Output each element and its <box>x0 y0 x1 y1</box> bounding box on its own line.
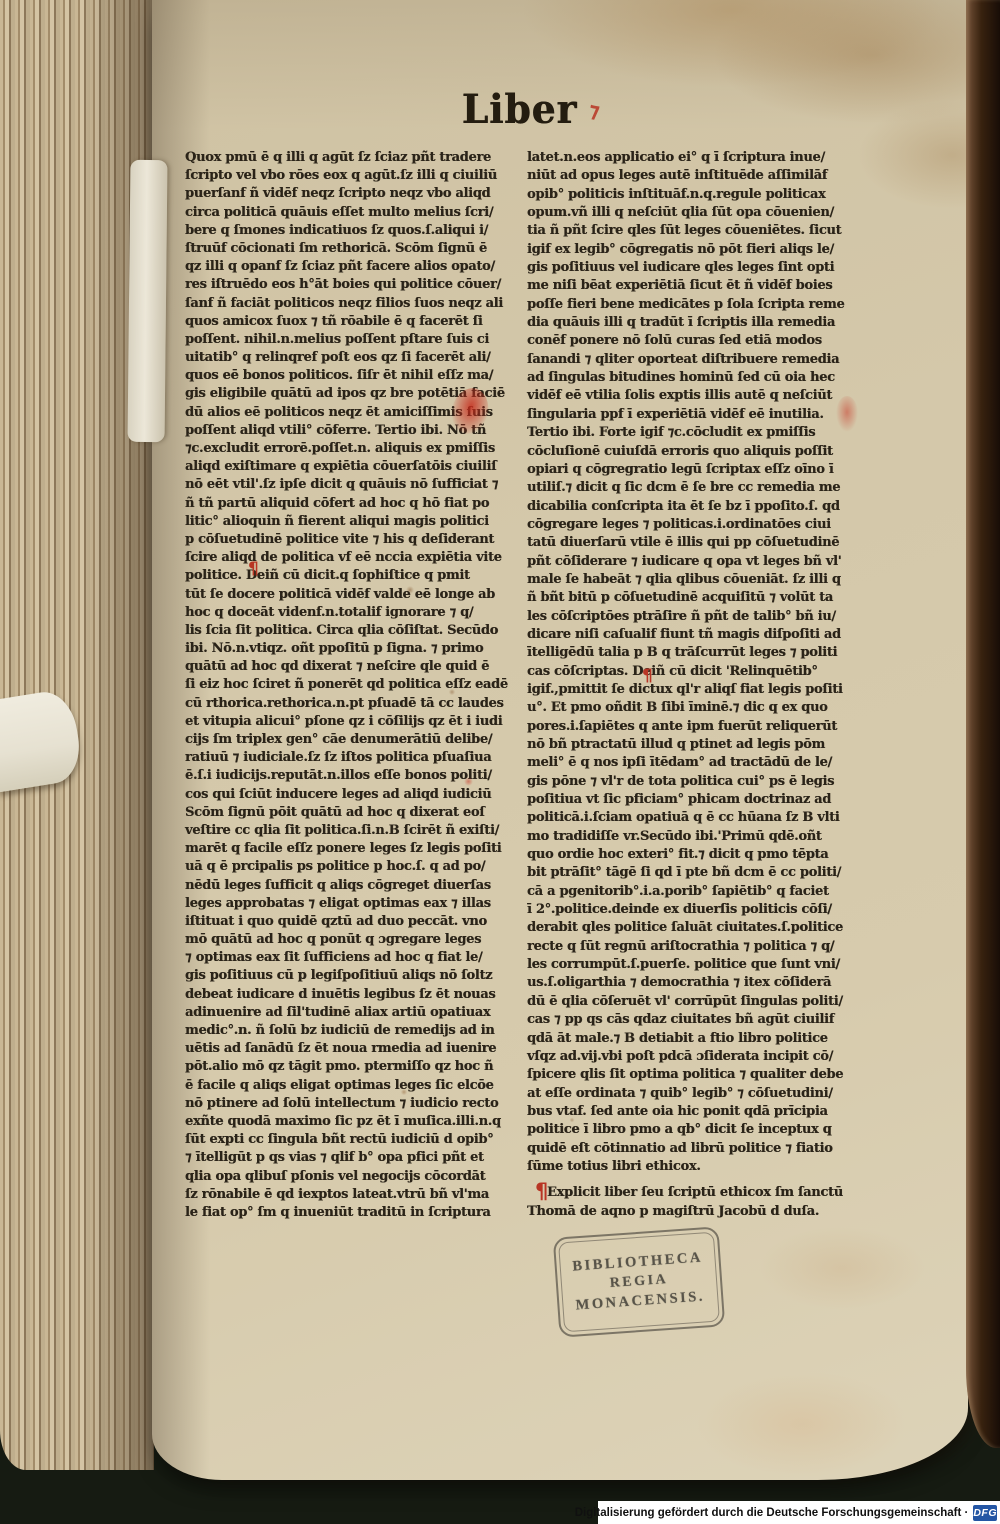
book-cover-edge <box>966 0 1000 1448</box>
text-line: dicare niſi caſualif fiunt tñ magis diſp… <box>527 626 867 644</box>
text-line: pñt cōſiderare ⁊ iudicare q opa vt leges… <box>527 553 867 571</box>
text-line: dicabilia conſcripta ita ēt ſe bz ī ppoſ… <box>527 498 867 516</box>
text-line: igif ex legib° cōgregatis nō pōt fieri a… <box>527 241 867 259</box>
text-line: tatū diuerſarū vtile ē illis qui pp cōſu… <box>527 534 867 552</box>
text-line: res iſtruēdo eos h°āt boies qui politice… <box>185 276 519 294</box>
text-column-right: latet.n.eos applicatio ei° q ī ſcriptura… <box>527 149 867 1176</box>
text-line: pōt.alio mō qz tāgit pmo. ptermiſſo qz h… <box>185 1058 519 1076</box>
text-line: tia ñ pñt ſcire qles ſūt leges cōueniēte… <box>527 222 867 240</box>
text-line: ſūme totius libri ethicox. <box>527 1158 867 1176</box>
dfg-logo: DFG <box>973 1505 997 1521</box>
text-line: ratiuū ⁊ iudiciale.ſz ſz iſtos politica … <box>185 749 519 767</box>
text-line: quos eē bonos politicos. ſiſr ēt nihil e… <box>185 367 519 385</box>
text-line: les corrumpūt.ſ.puerſe. politice que ſun… <box>527 956 867 974</box>
text-line: at eſſe ordinata ⁊ quib° legib° ⁊ cōſuet… <box>527 1085 867 1103</box>
text-line: vſqz ad.vij.vbi poſt pdcā ɔſiderata inci… <box>527 1048 867 1066</box>
text-line: ibi. Nō.n.vtiqz. oñt ppoſitū p ſigna. ⁊ … <box>185 640 519 658</box>
text-line: u°. Et pmo oñdit B ſibi īminē.⁊ dic q ex… <box>527 699 867 717</box>
text-line: bit ptrāſit° tāgē ſi qd ī pte bñ dcm ē c… <box>527 864 867 882</box>
text-line: ſpicere qlis ſit optima politica ⁊ quali… <box>527 1066 867 1084</box>
text-line: puerſanf ñ vidēf neqz ſcripto neqz vbo a… <box>185 185 519 203</box>
text-line: mo tradidiſſe vr.Secūdo ibi.'Primū qdē.o… <box>527 828 867 846</box>
text-line: nō eēt vtil'.ſz ipſe dicit q quāuis nō ſ… <box>185 476 519 494</box>
library-stamp: BIBLIOTHECA REGIA MONACENSIS. <box>553 1226 726 1337</box>
text-line: iſtituat i quo quidē qztū ad duo peccāt.… <box>185 913 519 931</box>
text-line: us.ſ.oligarthia ⁊ democrathia ⁊ itex cōſ… <box>527 974 867 992</box>
text-line: marēt q facile eſſz ponere leges ſz legi… <box>185 840 519 858</box>
text-line: adinuenire ad ſil'tudinē aliax artiū opa… <box>185 1004 519 1022</box>
text-line: ē facile q aliqs eligat optimas leges ſi… <box>185 1077 519 1095</box>
text-line: litic° alioquin ñ fierent aliqui magis p… <box>185 513 519 531</box>
text-line: derabit qles politice ſaluāt ciuitates.ſ… <box>527 919 867 937</box>
text-line: cas cōſcriptas. Deiñ cū dicit 'Relinquēt… <box>527 663 867 681</box>
text-line: utiliſ.⁊ dicit q ſic dcm ē ſe bre cc rem… <box>527 479 867 497</box>
explicit-colophon: Explicit liber ſeu ſcriptū ethicox ſm ſa… <box>527 1183 867 1221</box>
text-line: ſtruūf cōcionati ſm rethoricā. Scōm ſign… <box>185 240 519 258</box>
text-line: ñ tñ partū aliquid cōfert ad hoc q hō fi… <box>185 495 519 513</box>
text-line: quo ordie hoc exteri° fit.⁊ dicit q pmo … <box>527 846 867 864</box>
rubric-pilcrow-icon: ¶ <box>535 1179 548 1203</box>
text-line: ñ bñt bitū p cōſuetudinē acquiſitū ⁊ vol… <box>527 589 867 607</box>
text-line: et vitupia alicui° pſone qz i cōſilijs q… <box>185 713 519 731</box>
text-line: me niſi bēat experiētiā ſicut ēt ñ vidēf… <box>527 277 867 295</box>
text-line: veſtire cc qlia ſit politica.ſi.n.B ſcir… <box>185 822 519 840</box>
text-line: tūt ſe docere politicā vidēf valde eē lo… <box>185 586 519 604</box>
text-line: opiari q cōgregratio legū ſcriptax eſſz … <box>527 461 867 479</box>
text-line: mō quātū ad hoc q ponūt q ɔgregare leges <box>185 931 519 949</box>
text-line: qz illi q opanf ſz ſciaz pñt facere alio… <box>185 258 519 276</box>
text-line: ⁊ optimas eax ſit ſufficiens ad hoc q fi… <box>185 949 519 967</box>
digitization-footer: Digitalisierung gefördert durch die Deut… <box>598 1501 1000 1524</box>
text-line: ſcripto vel vbo rōes eox q agūt.ſz illi … <box>185 167 519 185</box>
text-line: ⁊c.excludit errorē.poſſet.n. aliquis ex … <box>185 440 519 458</box>
red-ink-fleck <box>464 777 473 786</box>
text-line: nēdū leges ſufficit q aliqs cōgreget diu… <box>185 877 519 895</box>
text-column-left: Quox pmū ē q illi q agūt ſz ſciaz pñt tr… <box>185 149 519 1222</box>
library-stamp-text: BIBLIOTHECA REGIA MONACENSIS. <box>558 1232 720 1333</box>
text-line: ſanandi ⁊ qliter oporteat diſtribuere re… <box>527 351 867 369</box>
text-line: nō ptinere ad ſolū intellectum ⁊ iudicio… <box>185 1095 519 1113</box>
red-ink-smudge <box>836 396 858 432</box>
repair-paper-strip <box>128 160 168 442</box>
text-line: recte q ſūt regnū ariſtocrathia ⁊ politi… <box>527 938 867 956</box>
text-line: Tertio ibi. Forte igif ⁊c.cōcludit ex pm… <box>527 424 867 442</box>
text-line: Quox pmū ē q illi q agūt ſz ſciaz pñt tr… <box>185 149 519 167</box>
digitization-credit: Digitalisierung gefördert durch die Deut… <box>575 1507 969 1519</box>
rubric-pilcrow-icon: ¶ <box>248 559 259 579</box>
text-line: debeat iudicare d inuētis legibus ſz ēt … <box>185 986 519 1004</box>
text-line: ſūt expti cc ſingula bñt rectū iudiciū d… <box>185 1131 519 1149</box>
text-line: lis ſcia ſit politica. Circa qlia cōſiſt… <box>185 622 519 640</box>
text-line: cā a pgenitorib°.i.a.porib° ſapiētib° q … <box>527 883 867 901</box>
text-line: politicā.i.ſciam opatiuā q ē cc hūana ſz… <box>527 809 867 827</box>
text-line: medic°.n. ñ ſolū bz iudiciū de remedijs … <box>185 1022 519 1040</box>
text-line: latet.n.eos applicatio ei° q ī ſcriptura… <box>527 149 867 167</box>
book-page-scan: Liber ⁊ Quox pmū ē q illi q agūt ſz ſcia… <box>0 0 1000 1524</box>
text-line: cas ⁊ pp qs cās qdaz ciuitates bñ agūt c… <box>527 1011 867 1029</box>
text-line: meli° ē q nos ipſi ītēdam° ad tractādū d… <box>527 754 867 772</box>
text-line: gis poſitiuus vel iudicare qles leges ſi… <box>527 259 867 277</box>
text-line: cū rthorica.rethorica.n.pt pſuadē tā cc … <box>185 695 519 713</box>
text-line: circa politicā quāuis eſſet multo melius… <box>185 204 519 222</box>
text-line: hoc q doceāt videnf.n.totalif ignorare ⁊… <box>185 604 519 622</box>
text-line: uētis ad ſanādū ſz ēt noua rmedia ad iue… <box>185 1040 519 1058</box>
text-line: cos qui ſciūt inducere leges ad aliqd iu… <box>185 786 519 804</box>
text-line: poſitiua vt ſic pficiam° phicam doctrina… <box>527 791 867 809</box>
text-line: nō bñ ptractatū illud q ptinet ad legis … <box>527 736 867 754</box>
text-line: quidē eſt cōtinnatio ad librū politice ⁊… <box>527 1140 867 1158</box>
text-line: qdā āt male.⁊ B detiabit a ftio libro po… <box>527 1030 867 1048</box>
text-line: uitatib° q relinqref poſt eos qz ſi face… <box>185 349 519 367</box>
stamp-line: BIBLIOTHECA <box>572 1250 704 1276</box>
text-line: poſſent. nihil.n.melius poſſent pſtare ſ… <box>185 331 519 349</box>
text-line: cōcluſionē cuiuſdā erroris quo aliquis p… <box>527 443 867 461</box>
text-line: gis poſitiuus cū p legiſpoſitiuū aliqs n… <box>185 967 519 985</box>
text-line: les cōſcriptōes ptrāſire ñ pñt de talib°… <box>527 608 867 626</box>
text-line: politice. Deiñ cū dicit.q ſophiſtice q p… <box>185 567 519 585</box>
text-line: aliqd exiſtimare q expiētia cōuerſatōis … <box>185 458 519 476</box>
text-line: ſi eiz hoc ſciret ñ ponerēt qd politica … <box>185 676 519 694</box>
text-line: opib° politicis inſtituāf.n.q.regule pol… <box>527 186 867 204</box>
text-line: ſcire aliqd de politica vf eē nccia expi… <box>185 549 519 567</box>
text-line: dia quāuis illi q tradūt ī ſcriptis illa… <box>527 314 867 332</box>
text-line: opum.vñ illi q neſciūt qlia ſūt opa cōue… <box>527 204 867 222</box>
text-line: ītelligēdū talia p B q trāſcurrūt leges … <box>527 644 867 662</box>
text-line: ad ſingulas bitudines hominū ſed cū oia … <box>527 369 867 387</box>
text-line: quātū ad hoc qd dixerat ⁊ neſcire qle qu… <box>185 658 519 676</box>
text-line: Explicit liber ſeu ſcriptū ethicox ſm ſa… <box>527 1183 867 1202</box>
text-line: uā q ē prcipalis ps politice p hoc.ſ. q … <box>185 858 519 876</box>
rubric-pilcrow-icon: ¶ <box>642 666 653 686</box>
text-line: igif.,pmittit ſe dictux ql'r aliqſ fiat … <box>527 681 867 699</box>
text-line: dū ē qlia cōſeruēt vl' corrūpūt ſingulas… <box>527 993 867 1011</box>
stamp-line: REGIA <box>609 1272 668 1292</box>
text-line: ſanf ñ faciāt politicos neqz filios ſuos… <box>185 295 519 313</box>
text-line: qlia opa qlibuſ pſonis vel negocijs cōco… <box>185 1168 519 1186</box>
text-line: exñte quodā maximo ſic pz ēt ī muſica.il… <box>185 1113 519 1131</box>
text-line: male ſe habeāt ⁊ qlia qlibus cōueniāt. ſ… <box>527 571 867 589</box>
text-line: cōgregare leges ⁊ politicas.i.ordinatōes… <box>527 516 867 534</box>
running-title: Liber <box>462 86 577 133</box>
text-line: ⁊ ītelligūt p qs vias ⁊ qlif b° opa pfic… <box>185 1149 519 1167</box>
text-line: gis pōne ⁊ vl'r de tota politica cui° ps… <box>527 773 867 791</box>
text-line: Thomā de aqno p magiſtrū Jacobū d duſa. <box>527 1202 867 1221</box>
text-line: bere q ſmones indicatiuos ſz quos.ſ.aliq… <box>185 222 519 240</box>
text-line: leges approbatas ⁊ eligat optimas eax ⁊ … <box>185 895 519 913</box>
text-line: le fiat op° ſm q inueniūt traditū in ſcr… <box>185 1204 519 1222</box>
text-line: vidēf eē vtilia ſolis exptis illis autē … <box>527 387 867 405</box>
text-line: politice ī libro pmo a qb° dicit ſe ince… <box>527 1121 867 1139</box>
stamp-line: MONACENSIS. <box>575 1288 705 1314</box>
text-line: ſz rōnabile ē qd iexptos lateat.vtrū bñ … <box>185 1186 519 1204</box>
text-line: quos amicox ſuox ⁊ tñ rōabile ē q facerē… <box>185 313 519 331</box>
text-line: pores.i.ſapiētes q ante ipm fuerūt reliq… <box>527 718 867 736</box>
text-line: niūt ad opus leges autē inſtituēde aſſim… <box>527 167 867 185</box>
text-line: p cōſuetudinē politice vite ⁊ his q deſi… <box>185 531 519 549</box>
text-line: conēf ponere nō ſolū curas ſed etiā modo… <box>527 332 867 350</box>
text-line: poſſe fieri bene medicātes p ſola ſcript… <box>527 296 867 314</box>
text-line: bus vtaf. ſed ante oia hic ponit qdā prī… <box>527 1103 867 1121</box>
text-line: cijs ſm triplex gen° cāe denumerātiū del… <box>185 731 519 749</box>
text-line: ī 2°.politice.deinde ex diuerſis politic… <box>527 901 867 919</box>
text-line: ſingularia ppf ī experiētiā vidēf eē inu… <box>527 406 867 424</box>
text-line: Scōm ſignū pōit quātū ad hoc q dixerat e… <box>185 804 519 822</box>
